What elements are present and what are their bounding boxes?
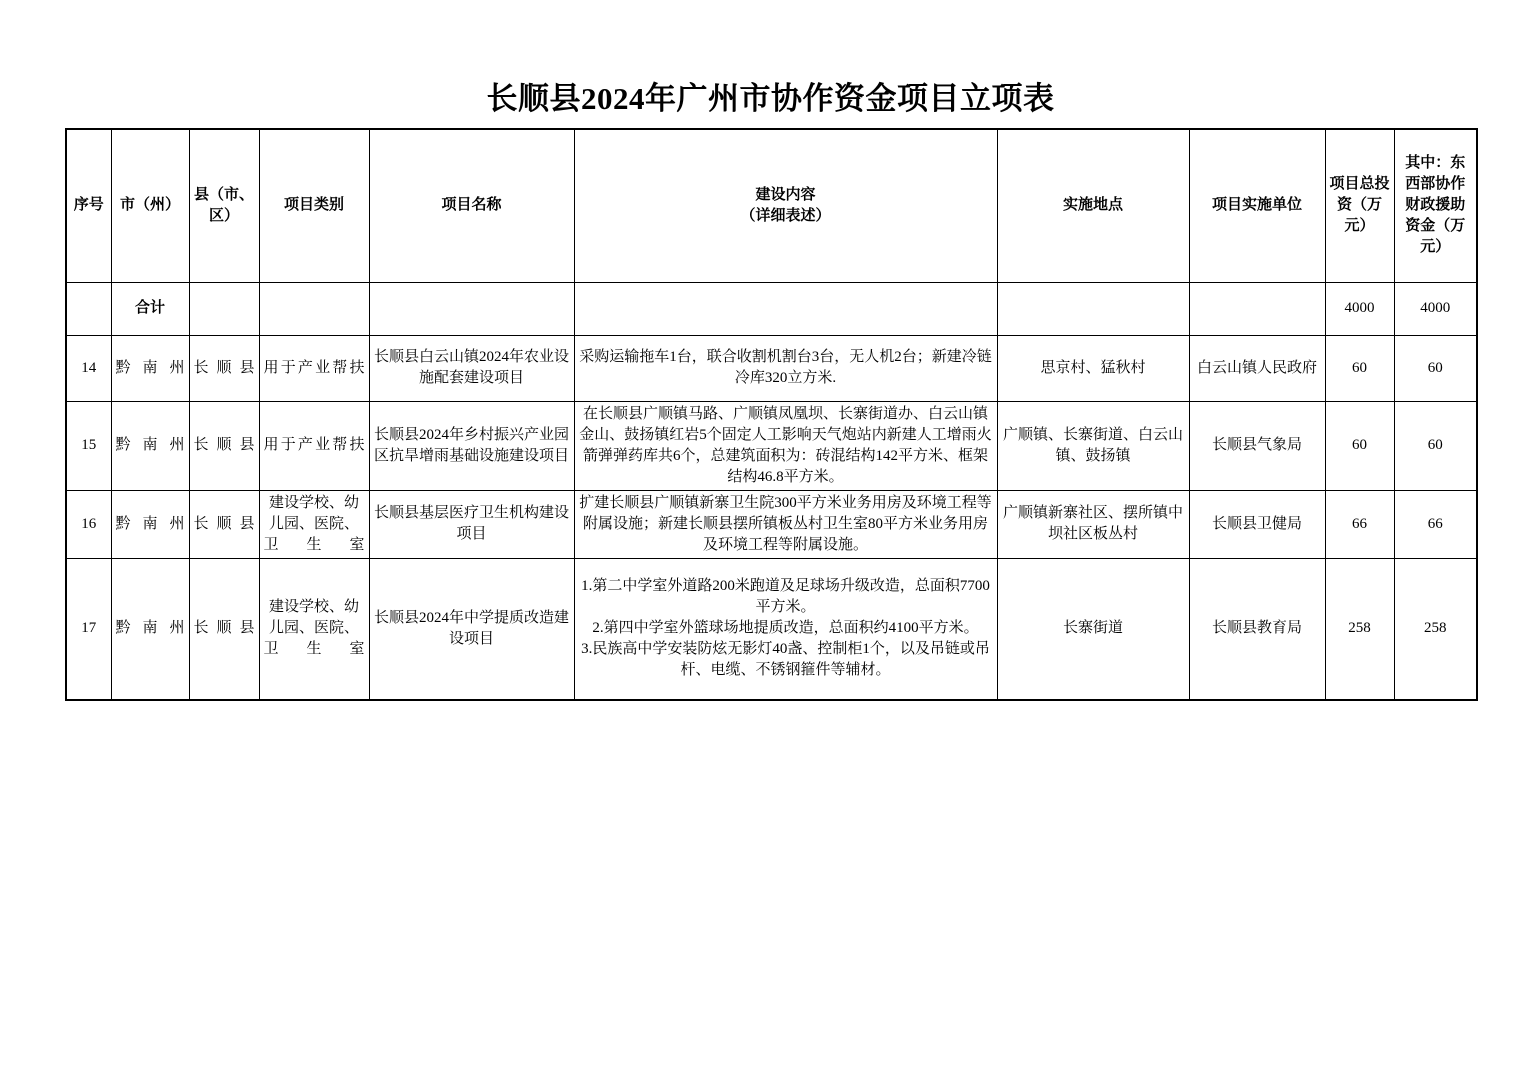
cell-total_investment: 60 (1325, 401, 1394, 490)
cell-content (574, 282, 997, 335)
cell-unit: 长顺县气象局 (1189, 401, 1325, 490)
column-header-location: 实施地点 (997, 129, 1189, 282)
cell-total_investment: 4000 (1325, 282, 1394, 335)
cell-content: 扩建长顺县广顺镇新寨卫生院300平方米业务用房及环境工程等附属设施；新建长顺县摆… (574, 490, 997, 558)
cell-name: 长顺县白云山镇2024年农业设施配套建设项目 (369, 335, 574, 401)
cell-county: 长顺县 (189, 401, 259, 490)
page-title: 长顺县2024年广州市协作资金项目立项表 (65, 82, 1476, 116)
cell-aid_fund: 258 (1394, 558, 1477, 700)
cell-name (369, 282, 574, 335)
cell-seq: 16 (66, 490, 111, 558)
cell-content: 在长顺县广顺镇马路、广顺镇凤凰坝、长寨街道办、白云山镇金山、鼓扬镇红岩5个固定人… (574, 401, 997, 490)
cell-name: 长顺县2024年中学提质改造建设项目 (369, 558, 574, 700)
column-header-category: 项目类别 (259, 129, 369, 282)
column-header-name: 项目名称 (369, 129, 574, 282)
cell-city: 黔南州 (111, 558, 189, 700)
document-sheet: 长顺县2024年广州市协作资金项目立项表 序号市（州）县（市、区）项目类别项目名… (65, 0, 1476, 701)
cell-seq: 14 (66, 335, 111, 401)
cell-location (997, 282, 1189, 335)
cell-unit: 长顺县教育局 (1189, 558, 1325, 700)
cell-content: 采购运输拖车1台，联合收割机割台3台，无人机2台；新建冷链冷库320立方米. (574, 335, 997, 401)
summary-row: 合计40004000 (66, 282, 1477, 335)
cell-seq (66, 282, 111, 335)
table-row: 15黔南州长顺县用于产业帮扶长顺县2024年乡村振兴产业园区抗旱增雨基础设施建设… (66, 401, 1477, 490)
cell-location: 长寨街道 (997, 558, 1189, 700)
column-header-aid_fund: 其中：东西部协作财政援助资金（万元） (1394, 129, 1477, 282)
cell-unit (1189, 282, 1325, 335)
table-header: 序号市（州）县（市、区）项目类别项目名称建设内容 （详细表述）实施地点项目实施单… (66, 129, 1477, 282)
cell-name: 长顺县基层医疗卫生机构建设项目 (369, 490, 574, 558)
cell-county: 长顺县 (189, 490, 259, 558)
cell-name: 长顺县2024年乡村振兴产业园区抗旱增雨基础设施建设项目 (369, 401, 574, 490)
cell-city: 黔南州 (111, 401, 189, 490)
column-header-seq: 序号 (66, 129, 111, 282)
cell-seq: 17 (66, 558, 111, 700)
table-row: 14黔南州长顺县用于产业帮扶长顺县白云山镇2024年农业设施配套建设项目采购运输… (66, 335, 1477, 401)
cell-total_investment: 60 (1325, 335, 1394, 401)
cell-content: 1.第二中学室外道路200米跑道及足球场升级改造，总面积7700平方米。 2.第… (574, 558, 997, 700)
cell-city: 合计 (111, 282, 189, 335)
cell-city: 黔南州 (111, 335, 189, 401)
column-header-unit: 项目实施单位 (1189, 129, 1325, 282)
column-header-county: 县（市、区） (189, 129, 259, 282)
cell-total_investment: 66 (1325, 490, 1394, 558)
cell-unit: 白云山镇人民政府 (1189, 335, 1325, 401)
cell-unit: 长顺县卫健局 (1189, 490, 1325, 558)
cell-county: 长顺县 (189, 335, 259, 401)
cell-aid_fund: 60 (1394, 335, 1477, 401)
cell-category: 用于产业帮扶 (259, 335, 369, 401)
cell-city: 黔南州 (111, 490, 189, 558)
project-table: 序号市（州）县（市、区）项目类别项目名称建设内容 （详细表述）实施地点项目实施单… (65, 128, 1478, 701)
cell-category (259, 282, 369, 335)
column-header-content: 建设内容 （详细表述） (574, 129, 997, 282)
cell-county (189, 282, 259, 335)
cell-category: 建设学校、幼儿园、医院、卫生室 (259, 558, 369, 700)
cell-aid_fund: 4000 (1394, 282, 1477, 335)
cell-location: 广顺镇新寨社区、摆所镇中坝社区板丛村 (997, 490, 1189, 558)
table-row: 16黔南州长顺县建设学校、幼儿园、医院、卫生室长顺县基层医疗卫生机构建设项目扩建… (66, 490, 1477, 558)
cell-seq: 15 (66, 401, 111, 490)
cell-location: 思京村、猛秋村 (997, 335, 1189, 401)
cell-total_investment: 258 (1325, 558, 1394, 700)
column-header-total_investment: 项目总投资（万元） (1325, 129, 1394, 282)
table-body: 合计4000400014黔南州长顺县用于产业帮扶长顺县白云山镇2024年农业设施… (66, 282, 1477, 700)
cell-aid_fund: 60 (1394, 401, 1477, 490)
table-row: 17黔南州长顺县建设学校、幼儿园、医院、卫生室长顺县2024年中学提质改造建设项… (66, 558, 1477, 700)
cell-category: 用于产业帮扶 (259, 401, 369, 490)
column-header-city: 市（州） (111, 129, 189, 282)
header-row: 序号市（州）县（市、区）项目类别项目名称建设内容 （详细表述）实施地点项目实施单… (66, 129, 1477, 282)
cell-county: 长顺县 (189, 558, 259, 700)
cell-category: 建设学校、幼儿园、医院、卫生室 (259, 490, 369, 558)
cell-aid_fund: 66 (1394, 490, 1477, 558)
cell-location: 广顺镇、长寨街道、白云山镇、鼓扬镇 (997, 401, 1189, 490)
